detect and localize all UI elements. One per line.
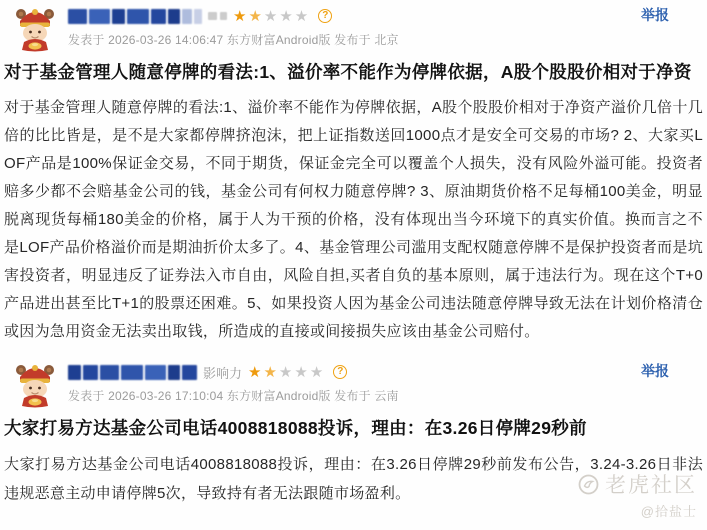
watermark-community-name: 老虎社区 xyxy=(605,469,697,499)
post-title: 对于基金管理人随意停牌的看法:1、溢价率不能作为停牌依据，A股个股股价相对于净资 xyxy=(4,60,703,85)
forum-post-screenshot: ★★★★★ ? 发表于 2026-03-26 14:06:47 东方财富Andr… xyxy=(0,0,707,530)
post-1-name-row: ★★★★★ ? xyxy=(68,7,641,25)
post-1: ★★★★★ ? 发表于 2026-03-26 14:06:47 东方财富Andr… xyxy=(4,3,703,346)
influence-stars: ★★★★★ xyxy=(233,9,310,24)
star-full-icon: ★ xyxy=(248,364,263,381)
post-meta: 发表于 2026-03-26 14:06:47 东方财富Android版 发布于… xyxy=(68,31,641,48)
influence-label: 影响力 xyxy=(203,363,242,382)
username-redacted[interactable] xyxy=(68,365,197,380)
post-2-header-main: 影响力 ★★★★★ ? 发表于 2026-03-26 17:10:04 东方财富… xyxy=(68,359,641,404)
report-button[interactable]: 举报 xyxy=(641,3,703,25)
star-empty-icon: ★★★ xyxy=(264,8,310,25)
watermark: 老虎社区 @拾盐士 xyxy=(578,469,697,520)
user-avatar[interactable] xyxy=(14,5,56,52)
post-body: 对于基金管理人随意停牌的看法:1、溢价率不能作为停牌依据，A股个股股价相对于净资… xyxy=(4,94,703,346)
influence-label-redacted xyxy=(208,12,227,20)
star-half-icon: ★ xyxy=(248,8,263,25)
post-2-name-row: 影响力 ★★★★★ ? xyxy=(68,363,641,381)
help-icon[interactable]: ? xyxy=(333,365,347,379)
star-half-icon: ★ xyxy=(263,364,278,381)
influence-stars: ★★★★★ xyxy=(248,365,325,380)
user-avatar[interactable] xyxy=(14,361,56,408)
star-empty-icon: ★★★ xyxy=(279,364,325,381)
watermark-author: @拾盐士 xyxy=(641,501,697,520)
post-2-header: 影响力 ★★★★★ ? 发表于 2026-03-26 17:10:04 东方财富… xyxy=(4,359,703,408)
help-icon[interactable]: ? xyxy=(318,9,332,23)
post-1-header: ★★★★★ ? 发表于 2026-03-26 14:06:47 东方财富Andr… xyxy=(4,3,703,52)
tiger-logo-icon xyxy=(578,474,599,495)
star-full-icon: ★ xyxy=(233,8,248,25)
post-meta: 发表于 2026-03-26 17:10:04 东方财富Android版 发布于… xyxy=(68,387,641,404)
username-redacted[interactable] xyxy=(68,9,202,24)
post-title: 大家打易方达基金公司电话4008818088投诉，理由：在3.26日停牌29秒前 xyxy=(4,416,703,441)
report-button[interactable]: 举报 xyxy=(641,359,703,381)
post-1-header-main: ★★★★★ ? 发表于 2026-03-26 14:06:47 东方财富Andr… xyxy=(68,3,641,48)
